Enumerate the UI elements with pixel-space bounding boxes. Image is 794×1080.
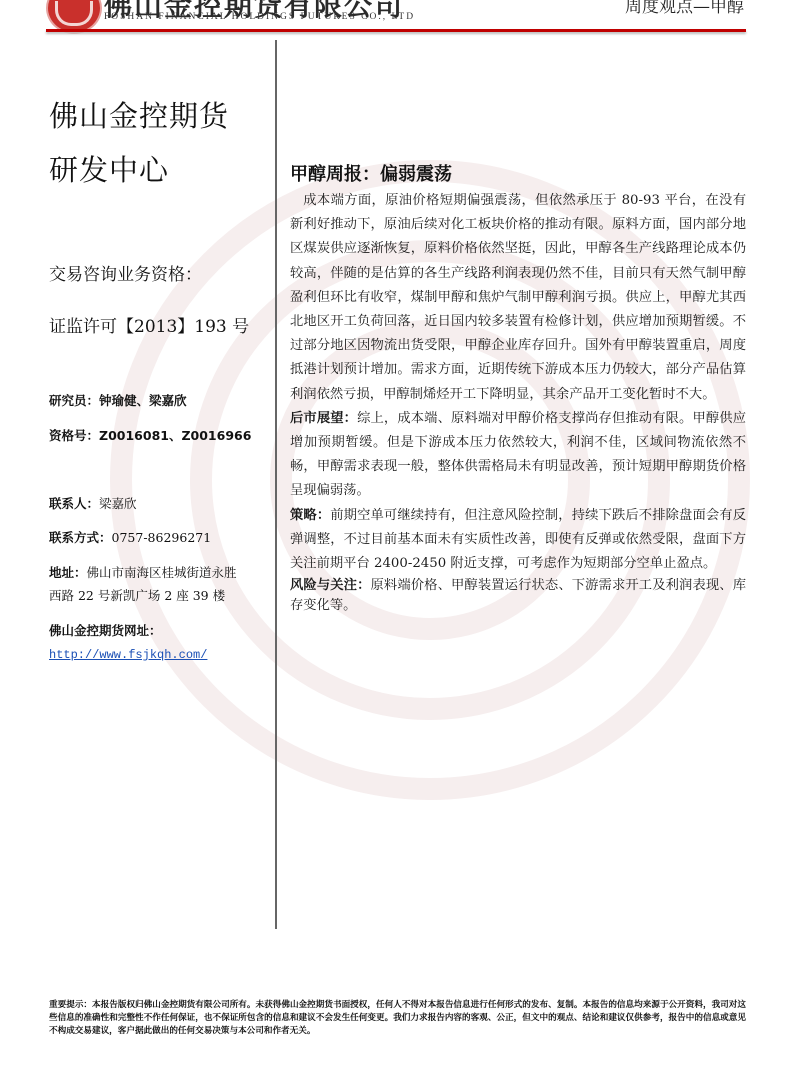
address-line: 地址：佛山市南海区桂城街道永胜 [49,563,237,581]
researcher-line: 研究员：钟瑜健、梁嘉欣 [49,391,187,409]
phone-value: 0757-86296271 [112,530,212,545]
org-name: 佛山金控期货 [49,94,229,135]
website-label: 佛山金控期货网址： [49,623,162,638]
strategy-paragraph: 策略：前期空单可继续持有，但注意风险控制，持续下跌后不排除盘面会有反弹调整，不过… [290,504,746,577]
address-value-1: 佛山市南海区桂城街道永胜 [87,565,237,580]
strategy-label: 策略： [290,508,330,523]
company-name-en: FOSHAN FINANCIAL HOLDINGS FUTURES CO., L… [104,12,415,22]
contact-line: 联系人：梁嘉欣 [49,494,137,512]
license-number: 证监许可【2013】193 号 [49,312,249,337]
website-label-line: 佛山金控期货网址： [49,621,162,639]
page-header: 佛山金控期货有限公司 FOSHAN FINANCIAL HOLDINGS FUT… [0,0,794,40]
main-content: 甲醇周报：偏弱震荡 成本端方面，原油价格短期偏强震荡，但依然承压于 80-93 … [290,160,746,616]
report-tag: 周度观点—甲醇 [625,0,744,17]
cert-value: Z0016081、Z0016966 [99,428,251,443]
researcher-value: 钟瑜健、梁嘉欣 [99,393,187,408]
researcher-label: 研究员： [49,393,99,408]
disclaimer: 重要提示：本报告版权归佛山金控期货有限公司所有。未获得佛山金控期货书面授权，任何… [49,999,746,1038]
cert-line: 资格号：Z0016081、Z0016966 [49,426,251,444]
intro-paragraph: 成本端方面，原油价格短期偏强震荡，但依然承压于 80-93 平台，在没有新利好推… [290,189,746,407]
phone-label: 联系方式： [49,530,112,545]
website-link[interactable]: http://www.fsjkqh.com/ [49,648,207,662]
cert-label: 资格号： [49,428,99,443]
risk-label: 风险与关注： [290,578,371,593]
qualification-label: 交易咨询业务资格： [49,260,202,285]
address-value-2: 西路 22 号新凯广场 2 座 39 楼 [49,586,225,604]
header-rule [46,29,746,32]
address-label: 地址： [49,565,87,580]
column-divider [275,40,277,929]
website-line: http://www.fsjkqh.com/ [49,646,207,662]
phone-line: 联系方式：0757-86296271 [49,528,211,546]
outlook-text: 综上，成本端、原料端对甲醇价格支撑尚存但推动有限。甲醇供应增加预期暂缓。但是下游… [290,411,746,499]
contact-label: 联系人： [49,496,99,511]
outlook-paragraph: 后市展望：综上，成本端、原料端对甲醇价格支撑尚存但推动有限。甲醇供应增加预期暂缓… [290,407,746,504]
strategy-text: 前期空单可继续持有，但注意风险控制，持续下跌后不排除盘面会有反弹调整，不过目前基… [290,508,746,571]
outlook-label: 后市展望： [290,411,357,426]
risk-paragraph: 风险与关注：原料端价格、甲醇装置运行状态、下游需求开工及利润表现、库存变化等。 [290,576,746,616]
org-dept: 研发中心 [49,148,169,189]
report-title: 甲醇周报：偏弱震荡 [290,160,746,186]
contact-value: 梁嘉欣 [99,496,137,511]
